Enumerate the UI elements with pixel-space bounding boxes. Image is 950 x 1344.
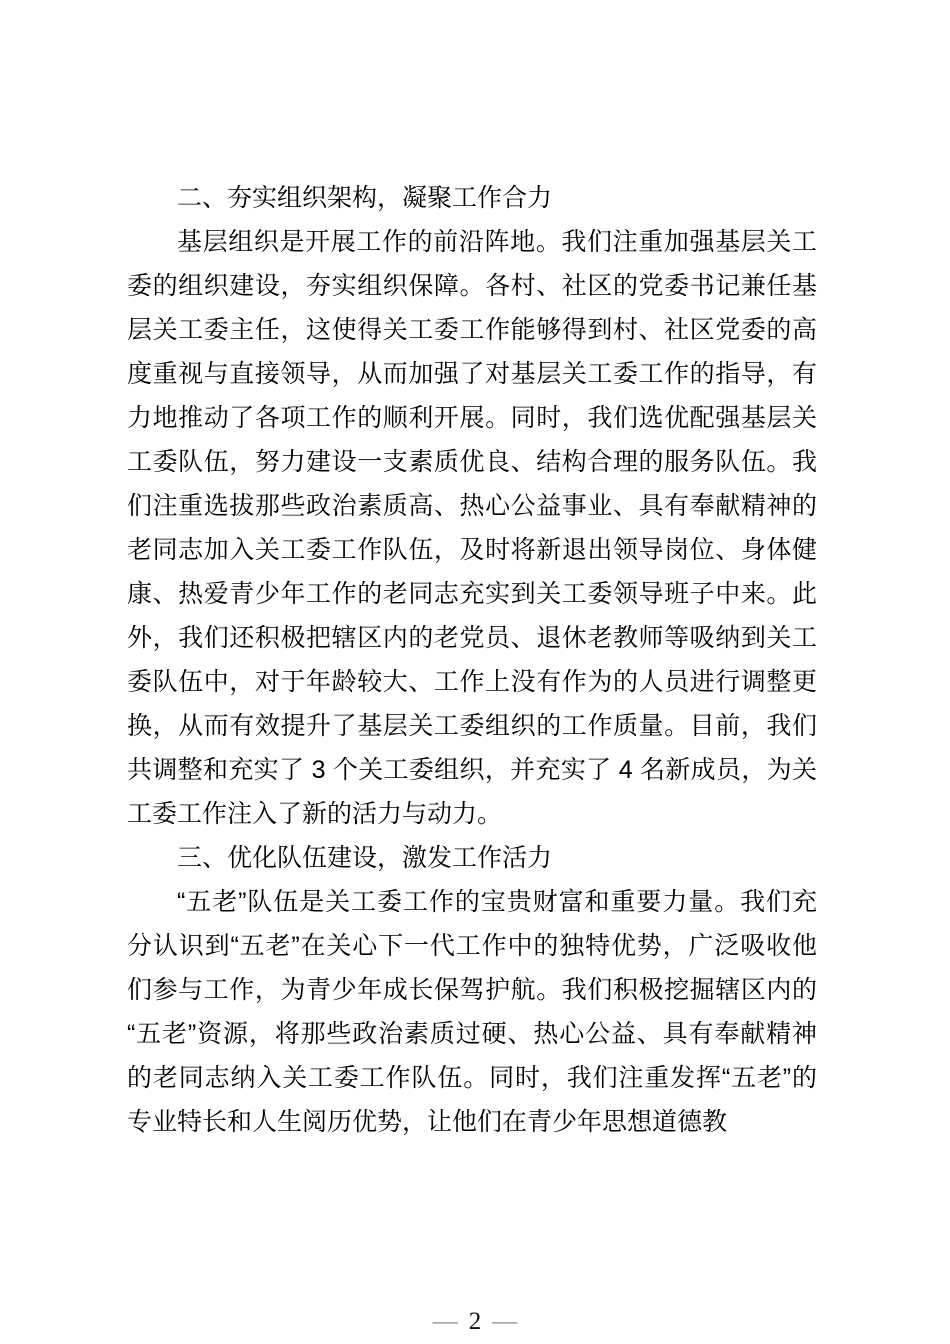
- document-page: 二、夯实组织架构，凝聚工作合力 基层组织是开展工作的前沿阵地。我们注重加强基层关…: [0, 0, 950, 1344]
- page-number-value: 2: [469, 1308, 482, 1335]
- section-heading-3: 三、优化队伍建设，激发工作活力: [127, 836, 817, 880]
- page-footer: —2—: [0, 1306, 950, 1338]
- section-3-paragraph: “五老”队伍是关工委工作的宝贵财富和重要力量。我们充分认识到“五老”在关心下一代…: [127, 880, 817, 1144]
- section-2-paragraph: 基层组织是开展工作的前沿阵地。我们注重加强基层关工委的组织建设，夯实组织保障。各…: [127, 220, 817, 836]
- page-number-dash-right: —: [492, 1308, 517, 1335]
- document-body: 二、夯实组织架构，凝聚工作合力 基层组织是开展工作的前沿阵地。我们注重加强基层关…: [127, 176, 817, 1144]
- section-heading-2: 二、夯实组织架构，凝聚工作合力: [127, 176, 817, 220]
- page-number-dash-left: —: [433, 1308, 458, 1335]
